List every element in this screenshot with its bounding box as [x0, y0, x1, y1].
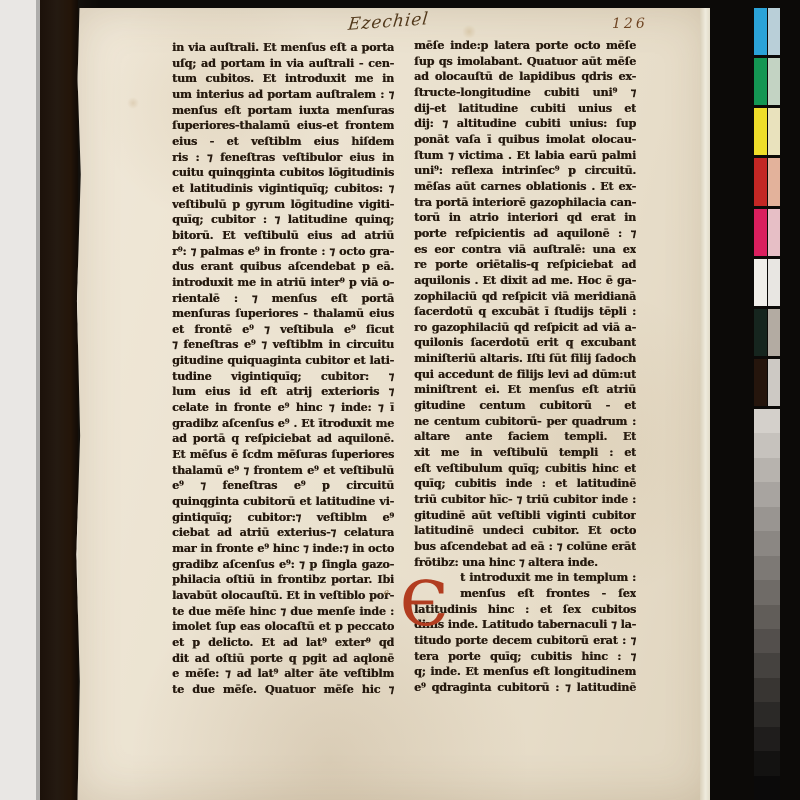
- folio-number: 126: [612, 16, 648, 32]
- color-patch-pale: [768, 58, 781, 105]
- text-line: dus erant quibus aſcendebat p eā. Et: [172, 259, 394, 275]
- gray-step: [754, 482, 780, 506]
- color-patch-pale: [768, 309, 781, 356]
- text-line: ſuperiores-thalamū eius-et frontem: [172, 118, 394, 134]
- color-patch-row: [754, 259, 780, 306]
- text-line: e⁹ qdraginta cubitorū : ⁊ latitudinē: [414, 680, 636, 696]
- book-cover-edge: [40, 0, 78, 800]
- text-line: celate in fronte e⁹ hinc ⁊ inde: ⁊ ī oct…: [172, 400, 394, 416]
- text-line: ſup qs imolabant. Quatuor aūt mēſe: [414, 54, 636, 70]
- color-patch-row: [754, 359, 780, 406]
- gray-step: [754, 409, 780, 433]
- text-line: gradibz aſcenſus e⁹: ⁊ p ſingla gazo-: [172, 557, 394, 573]
- color-patch-pale: [768, 259, 781, 306]
- gray-step: [754, 702, 780, 726]
- text-line: aquilonis . Et dixit ad me. Hoc ē ga-: [414, 273, 636, 289]
- text-line: es eor contra viā auſtralē: una ex late-: [414, 242, 636, 258]
- text-line: ciebat ad atriū exterius-⁊ celatura pal-: [172, 525, 394, 541]
- color-patch-solid: [754, 8, 767, 55]
- color-patch-row: [754, 8, 780, 55]
- color-patch-pale: [768, 209, 781, 256]
- text-line: r⁹: ⁊ palmas e⁹ in fronte : ⁊ octo gra-: [172, 244, 394, 260]
- gray-step: [754, 629, 780, 653]
- gray-step: [754, 507, 780, 531]
- text-line: zophilaciū qd reſpicit viā meridianā: [414, 289, 636, 305]
- text-line: quilonis ſacerdotū erit q excubant ad: [414, 335, 636, 351]
- color-patch-row: [754, 108, 780, 155]
- text-line: ponāt vaſa ī quibus imolat olocau-: [414, 132, 636, 148]
- text-line: imolet ſup eas olocaſtū et p peccato: [172, 619, 394, 635]
- color-patch-pale: [768, 108, 781, 155]
- text-line: gitudine centum cubitorū - et latitudi-: [414, 398, 636, 414]
- text-line: triū cubitor hīc- ⁊ triū cubitor inde : …: [414, 492, 636, 508]
- text-line: rientalē : ⁊ menſus eſt portā ſecūdum: [172, 291, 394, 307]
- text-line: uſq; ad portam in via auſtrali - cen-: [172, 56, 394, 72]
- text-line: thalamū e⁹ ⁊ frontem e⁹ et veſtibulū: [172, 463, 394, 479]
- text-line: dij: ⁊ altitudine cubiti unius: ſup quas: [414, 116, 636, 132]
- text-line: ris : ⁊ feneſtras veſtibulor eius in cir…: [172, 150, 394, 166]
- color-patch-solid: [754, 359, 767, 406]
- text-line: dit ad oſtiū porte q pgit ad aqlonē du-: [172, 651, 394, 667]
- text-line: ro gazophilaciū qd reſpicit ad viā a-: [414, 320, 636, 336]
- text-line: gitudine quiquaginta cubitor et lati-: [172, 353, 394, 369]
- text-line: frōtibz: una hinc ⁊ altera inde.: [414, 555, 636, 571]
- color-patch-row: [754, 309, 780, 356]
- text-line: e⁹ ⁊ feneſtras e⁹ p circuitū lōgitudine: [172, 478, 394, 494]
- grayscale-step-wedge: [754, 409, 780, 800]
- text-line: eſt veſtibulum quīq; cubitis hinc et: [414, 461, 636, 477]
- text-line: quinqginta cubitorū et latitudine vi-: [172, 494, 394, 510]
- gray-step: [754, 605, 780, 629]
- text-line: gitudinē aūt veſtibli viginti cubitor et: [414, 508, 636, 524]
- color-patch-row: [754, 58, 780, 105]
- text-line: mēſe inde:p latera porte octo mēſe erāt:: [414, 38, 636, 54]
- text-line: altare ante faciem templi. Et introdu-: [414, 429, 636, 445]
- color-patch-solid: [754, 158, 767, 205]
- text-line: Et mēſus ē ſcdm mēſuras ſuperiores: [172, 447, 394, 463]
- text-line: ſacerdotū q excubāt ī ſtudijs tēpli : po…: [414, 304, 636, 320]
- text-line: e mēſe: ⁊ ad lat⁹ alter āte veſtiblm por…: [172, 666, 394, 682]
- text-line: et p delicto. Et ad lat⁹ exter⁹ qd aſcen…: [172, 635, 394, 651]
- text-line: tra portā interiorē gazophilacia can-: [414, 195, 636, 211]
- gray-step: [754, 727, 780, 751]
- text-line: te due mēſe. Quatuor mēſe hic ⁊ qtuor: [172, 682, 394, 698]
- text-line: quīq; cubitor : ⁊ latitudine quinq; cu-: [172, 212, 394, 228]
- text-line: bitorū. Et veſtibulū eius ad atriū exte-: [172, 228, 394, 244]
- text-line: in via auſtrali. Et menſus eſt a porta: [172, 40, 394, 56]
- text-line: lavabūt olocauſtū. Et in veſtiblo por-: [172, 588, 394, 604]
- color-patch-solid: [754, 259, 767, 306]
- color-patch-solid: [754, 309, 767, 356]
- rubricated-initial-E: Є: [400, 574, 456, 634]
- text-line: miniſtrent ei. Et menſus eſt atriū lon-: [414, 382, 636, 398]
- page-fore-edge: [700, 8, 710, 800]
- text-line: et frontē e⁹ ⁊ veſtibula e⁹ ſicut ſupra:: [172, 322, 394, 338]
- text-line: philacia oſtiū in frontibz portar. Ibi: [172, 572, 394, 588]
- text-line: menſus eſt portam iuxta menſuras: [172, 103, 394, 119]
- text-line: lum eius id eſt atrij exterioris ⁊ palme: [172, 384, 394, 400]
- text-line: menſuras ſuperiores - thalamū eius: [172, 306, 394, 322]
- text-line: ad olocauſtū de lapidibus qdris ex-: [414, 69, 636, 85]
- color-patch-solid: [754, 58, 767, 105]
- text-line: titudo porte decem cubitorū erat : ⁊ la-: [414, 633, 636, 649]
- gray-step: [754, 678, 780, 702]
- gray-step: [754, 653, 780, 677]
- color-patch-solid: [754, 108, 767, 155]
- text-line: introduxit me in atriū inter⁹ p viā o-: [172, 275, 394, 291]
- text-line: q; inde. Et menſus eſt longitudinem: [414, 664, 636, 680]
- text-line: mēſas aūt carnes oblationis . Et ex-: [414, 179, 636, 195]
- gray-step: [754, 556, 780, 580]
- manuscript-page: Ezechiel 126 in via auſtrali. Et menſus …: [76, 8, 710, 800]
- gray-step: [754, 580, 780, 604]
- text-line: xit me in veſtibulū templi : et menſus: [414, 445, 636, 461]
- text-line: tum cubitos. Et introduxit me in atri-: [172, 71, 394, 87]
- text-line: porte reſpicientis ad aquilonē : ⁊ faci-: [414, 226, 636, 242]
- text-line: veſtibulū p gyrum lōgitudine vigiti-: [172, 197, 394, 213]
- text-line: gradibz aſcenſus e⁹ . Et ītroduxit me: [172, 416, 394, 432]
- text-line: uni⁹: reflexa intrinſec⁹ p circuitū. Sup: [414, 163, 636, 179]
- text-line: ad portā q reſpiciebat ad aquilonē.: [172, 431, 394, 447]
- text-line: ne centum cubitorū- per quadrum : et: [414, 414, 636, 430]
- text-line: mar in fronte e⁹ hinc ⁊ inde:⁊ in octo: [172, 541, 394, 557]
- text-line: bus aſcendebat ad eā : ⁊ colūne erāt in: [414, 539, 636, 555]
- text-line: quīq; cubitis inde : et latitudinē porte: [414, 476, 636, 492]
- text-line: gintiquīq; cubitor:⁊ veſtiblm e⁹ reſpi-: [172, 510, 394, 526]
- color-patch-row: [754, 209, 780, 256]
- text-line: te due mēſe hinc ⁊ due menſe inde : ut: [172, 604, 394, 620]
- text-line: et latitudinis vigintiquīq; cubitos: ⁊: [172, 181, 394, 197]
- color-calibration-bar: [754, 8, 780, 406]
- color-patch-solid: [754, 209, 767, 256]
- text-line: ſtructe-longitudine cubiti uni⁹ ⁊ dimi-: [414, 85, 636, 101]
- color-patch-pale: [768, 8, 781, 55]
- text-line: ſtum ⁊ victima . Et labia earū palmi: [414, 148, 636, 164]
- text-line: latitudinē undeci cubitor. Et octo gdi-: [414, 523, 636, 539]
- text-line: cuitu quinqginta cubitos lōgitudinis: [172, 165, 394, 181]
- gray-step: [754, 531, 780, 555]
- text-line: ⁊ feneſtras e⁹ ⁊ veſtiblm in circuitu lō…: [172, 337, 394, 353]
- scanned-page-photo: Ezechiel 126 in via auſtrali. Et menſus …: [0, 0, 800, 800]
- gray-step: [754, 458, 780, 482]
- text-line: tera porte quīq; cubitis hinc : ⁊ quin-: [414, 649, 636, 665]
- text-line: dij-et latitudine cubiti unius et dimi-: [414, 101, 636, 117]
- gray-step: [754, 751, 780, 775]
- color-patch-pale: [768, 158, 781, 205]
- color-patch-pale: [768, 359, 781, 406]
- gray-step: [754, 433, 780, 457]
- color-patch-row: [754, 158, 780, 205]
- text-column-left: in via auſtrali. Et menſus eſt a portauſ…: [172, 40, 394, 698]
- text-line: qui accedunt de filijs levi ad dūm:ut: [414, 367, 636, 383]
- text-line: miniſteriū altaris. Iſti ſūt filij ſadoc…: [414, 351, 636, 367]
- gray-step: [754, 776, 780, 800]
- handwritten-running-title: Ezechiel: [347, 9, 430, 35]
- text-line: tudine vigintiquīq; cubitor: ⁊ veſtibu-: [172, 369, 394, 385]
- text-line: eius - et veſtiblm eius hiſdem menſu-: [172, 134, 394, 150]
- text-line: um interius ad portam auſtralem : ⁊: [172, 87, 394, 103]
- text-line: re porte oriētalis-q reſpiciebat ad viā: [414, 257, 636, 273]
- text-line: torū in atrio interiori qd erat in later…: [414, 210, 636, 226]
